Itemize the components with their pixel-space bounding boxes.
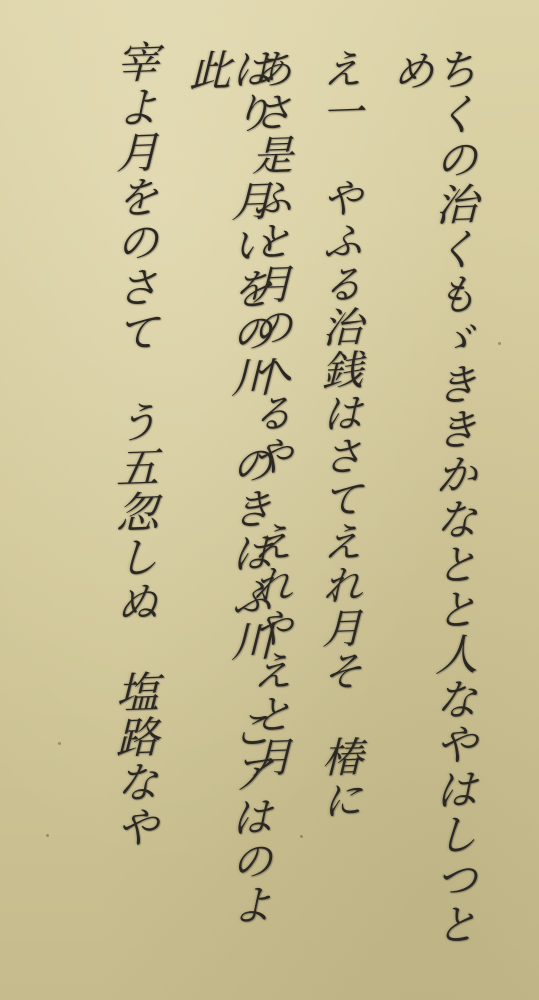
calligraphy-column-5: 宰よ月をのさて う五忽しぬ 塩路なや bbox=[112, 39, 155, 961]
paper-fleck bbox=[498, 342, 501, 345]
calligraphy-column-2: え一 やふる治銭はさてえれ月そ 椿に bbox=[318, 47, 359, 908]
paper-fleck bbox=[58, 742, 61, 745]
calligraphy-column-4: はり 月いをの川 のきはふ川 こアはのよ此 bbox=[186, 47, 270, 930]
calligraphy-column-1: ちくの治くもゞききかなとと人なやはしつとめ bbox=[388, 46, 474, 949]
paper-fleck bbox=[300, 835, 303, 838]
paper-fleck bbox=[46, 834, 49, 837]
